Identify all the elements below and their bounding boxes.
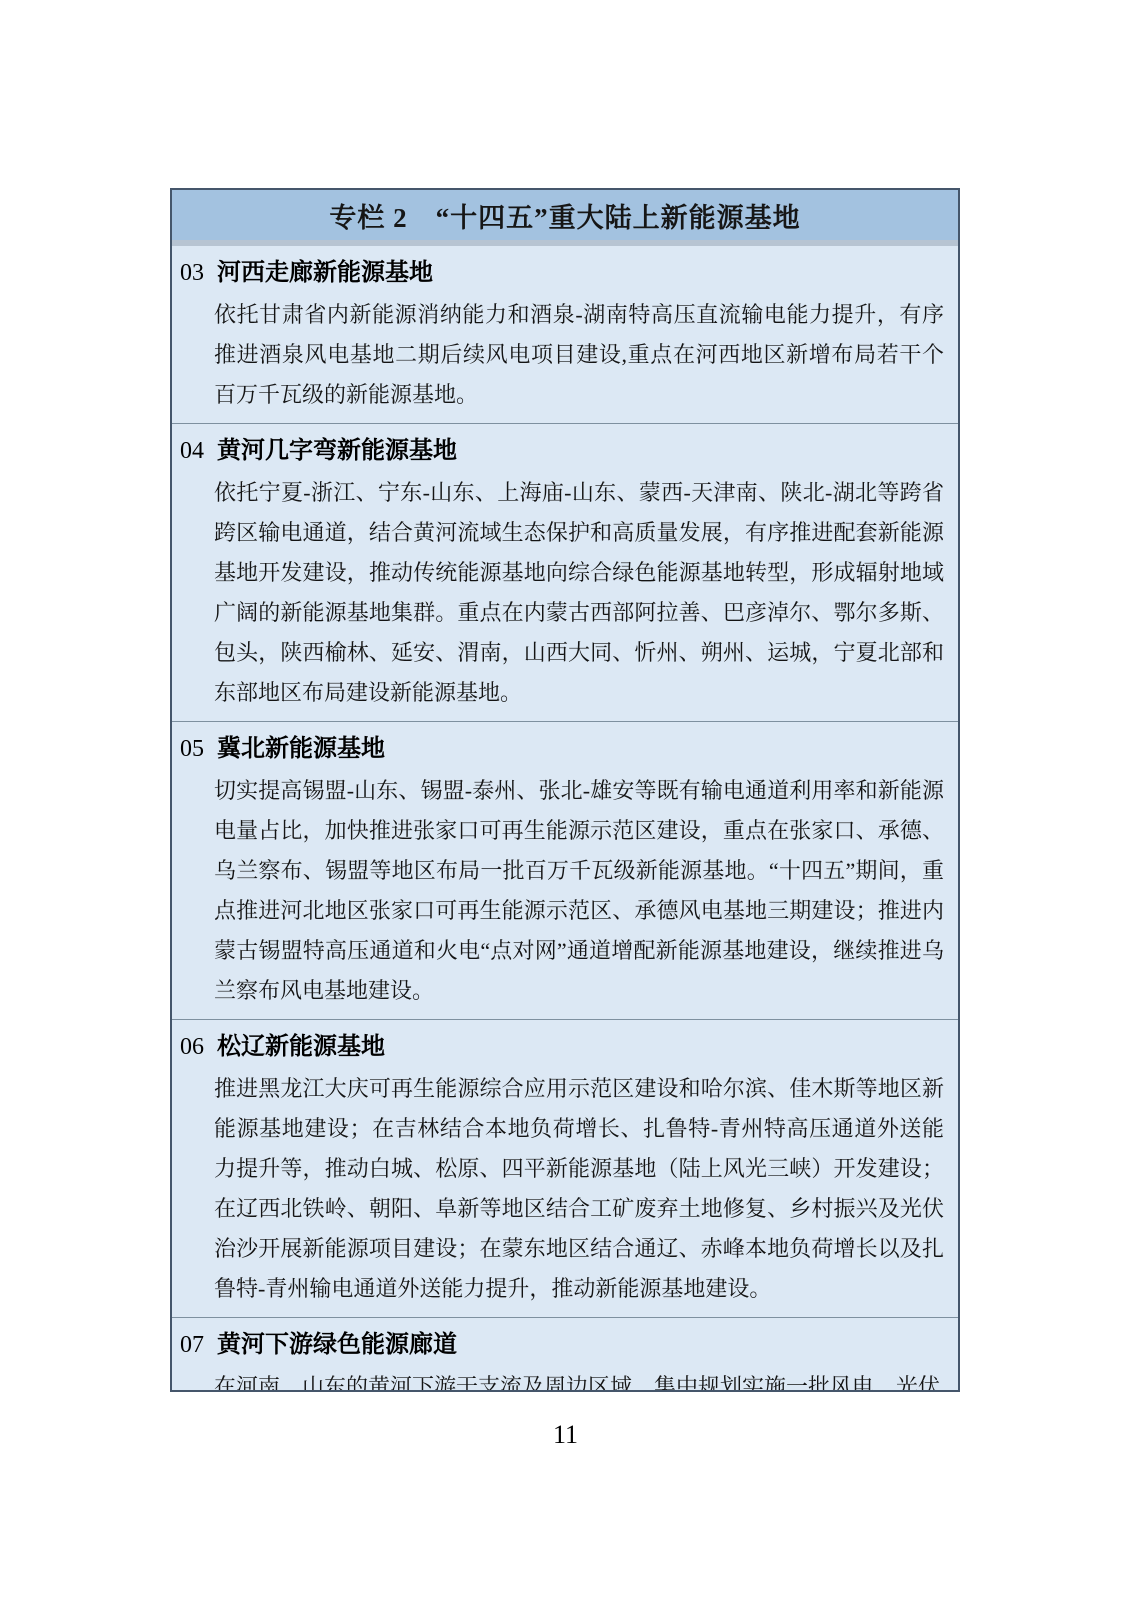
feature-box-title: 专栏 2 “十四五”重大陆上新能源基地 xyxy=(329,196,800,235)
section-heading: 06 松辽新能源基地 xyxy=(180,1025,944,1069)
section-body: 切实提高锡盟-山东、锡盟-泰州、张北-雄安等既有输电通道利用率和新能源电量占比，… xyxy=(214,771,944,1011)
section-number: 04 xyxy=(180,429,204,473)
section-heading: 07 黄河下游绿色能源廊道 xyxy=(180,1323,944,1367)
section-heading: 04 黄河几字弯新能源基地 xyxy=(180,429,944,473)
section-number: 07 xyxy=(180,1323,204,1367)
section-number: 05 xyxy=(180,727,204,771)
section-title: 松辽新能源基地 xyxy=(217,1025,385,1069)
section-title: 黄河下游绿色能源廊道 xyxy=(217,1323,457,1367)
section-body: 推进黑龙江大庆可再生能源综合应用示范区建设和哈尔滨、佳木斯等地区新能源基地建设；… xyxy=(214,1069,944,1309)
section-body: 依托甘肃省内新能源消纳能力和酒泉-湖南特高压直流输电能力提升，有序推进酒泉风电基… xyxy=(214,295,944,415)
page-number: 11 xyxy=(0,1420,1131,1450)
box-section-06: 06 松辽新能源基地 推进黑龙江大庆可再生能源综合应用示范区建设和哈尔滨、佳木斯… xyxy=(172,1020,958,1318)
section-body: 在河南、山东的黄河下游干支流及周边区域，集中规划实施一批风电、光伏 xyxy=(214,1367,944,1392)
box-section-04: 04 黄河几字弯新能源基地 依托宁夏-浙江、宁东-山东、上海庙-山东、蒙西-天津… xyxy=(172,424,958,722)
box-section-05: 05 冀北新能源基地 切实提高锡盟-山东、锡盟-泰州、张北-雄安等既有输电通道利… xyxy=(172,722,958,1020)
section-title: 河西走廊新能源基地 xyxy=(217,251,433,295)
box-section-03: 03 河西走廊新能源基地 依托甘肃省内新能源消纳能力和酒泉-湖南特高压直流输电能… xyxy=(172,246,958,424)
section-body: 依托宁夏-浙江、宁东-山东、上海庙-山东、蒙西-天津南、陕北-湖北等跨省跨区输电… xyxy=(214,473,944,713)
section-number: 03 xyxy=(180,251,204,295)
section-number: 06 xyxy=(180,1025,204,1069)
section-title: 冀北新能源基地 xyxy=(217,727,385,771)
section-heading: 03 河西走廊新能源基地 xyxy=(180,251,944,295)
document-page: 专栏 2 “十四五”重大陆上新能源基地 03 河西走廊新能源基地 依托甘肃省内新… xyxy=(0,0,1131,1600)
feature-box: 专栏 2 “十四五”重大陆上新能源基地 03 河西走廊新能源基地 依托甘肃省内新… xyxy=(170,188,960,1392)
section-title: 黄河几字弯新能源基地 xyxy=(217,429,457,473)
section-heading: 05 冀北新能源基地 xyxy=(180,727,944,771)
box-section-07: 07 黄河下游绿色能源廊道 在河南、山东的黄河下游干支流及周边区域，集中规划实施… xyxy=(172,1318,958,1392)
feature-box-header: 专栏 2 “十四五”重大陆上新能源基地 xyxy=(172,190,958,246)
